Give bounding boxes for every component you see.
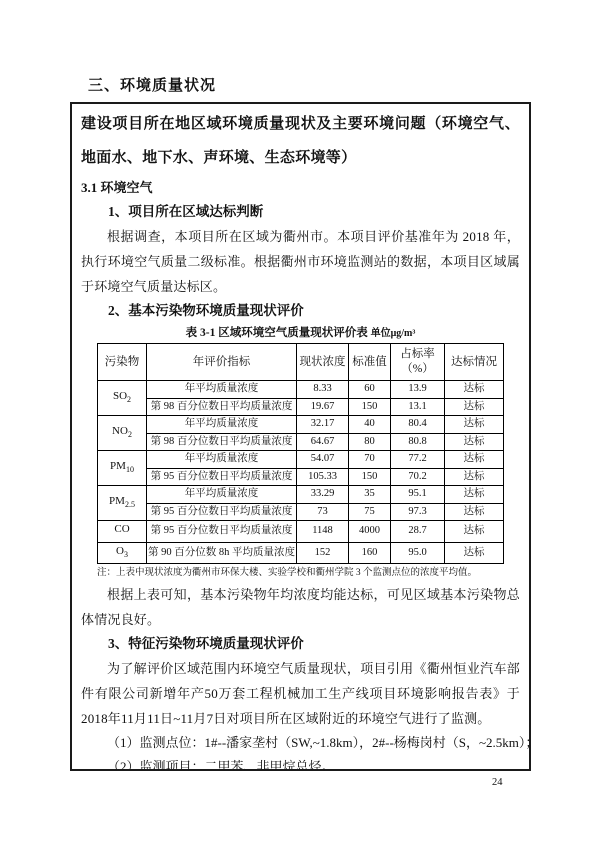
value-cell: 32.17 bbox=[297, 416, 349, 434]
after-table-paragraph: 根据上表可知，基本污染物年均浓度均能达标，可见区域基本污染物总体情况良好。 bbox=[81, 582, 520, 632]
value-cell: 64.67 bbox=[297, 433, 349, 451]
pollutant-base: PM bbox=[109, 495, 125, 507]
table-row: 第 98 百分位数日平均质量浓度 19.67 150 13.1 达标 bbox=[98, 398, 504, 416]
ratio-cell: 95.0 bbox=[391, 542, 445, 564]
pollutant-cell: CO bbox=[98, 521, 147, 543]
subsection-3-paragraph: 为了解评价区域范围内环境空气质量现状，项目引用《衢州恒业汽车部件有限公司新增年产… bbox=[81, 656, 520, 731]
ratio-cell: 28.7 bbox=[391, 521, 445, 543]
table-title: 表 3-1 区域环境空气质量现状评价表 单位μg/m³ bbox=[81, 325, 520, 342]
table-note: 注：上表中现状浓度为衢州市环保大楼、实验学校和衢州学院 3 个监测点位的浓度平均… bbox=[97, 566, 520, 580]
indicator-cell: 年平均质量浓度 bbox=[147, 381, 297, 399]
table-row: 第 98 百分位数日平均质量浓度 64.67 80 80.8 达标 bbox=[98, 433, 504, 451]
standard-cell: 35 bbox=[349, 486, 391, 504]
ratio-cell: 80.4 bbox=[391, 416, 445, 434]
standard-cell: 70 bbox=[349, 451, 391, 469]
subsection-2-title: 2、基本污染物环境质量现状评价 bbox=[81, 299, 520, 323]
table-row: CO 第 95 百分位数日平均质量浓度 1148 4000 28.7 达标 bbox=[98, 521, 504, 543]
status-cell: 达标 bbox=[445, 381, 504, 399]
status-cell: 达标 bbox=[445, 503, 504, 521]
indicator-cell: 第 98 百分位数日平均质量浓度 bbox=[147, 398, 297, 416]
indicator-cell: 年平均质量浓度 bbox=[147, 416, 297, 434]
status-cell: 达标 bbox=[445, 521, 504, 543]
table-row: 第 95 百分位数日平均质量浓度 105.33 150 70.2 达标 bbox=[98, 468, 504, 486]
table-row: NO2 年平均质量浓度 32.17 40 80.4 达标 bbox=[98, 416, 504, 434]
table-unit-label: 单位μg/m³ bbox=[371, 328, 416, 339]
document-page: 三、环境质量状况 建设项目所在地区域环境质量现状及主要环境问题（环境空气、地面水… bbox=[0, 0, 595, 841]
pollutant-cell: NO2 bbox=[98, 416, 147, 451]
table-header-row: 污染物 年评价指标 现状浓度 标准值 占标率（%） 达标情况 bbox=[98, 344, 504, 381]
value-cell: 8.33 bbox=[297, 381, 349, 399]
pollutant-sub: 2 bbox=[128, 430, 132, 439]
ratio-cell: 13.1 bbox=[391, 398, 445, 416]
ratio-cell: 77.2 bbox=[391, 451, 445, 469]
pollutant-base: O bbox=[116, 545, 124, 557]
pollutant-base: PM bbox=[110, 460, 126, 472]
content-box: 建设项目所在地区域环境质量现状及主要环境问题（环境空气、地面水、地下水、声环境、… bbox=[70, 102, 531, 771]
status-cell: 达标 bbox=[445, 486, 504, 504]
subsection-1-title: 1、项目所在区域达标判断 bbox=[81, 200, 520, 224]
header-ratio: 占标率（%） bbox=[391, 344, 445, 381]
indicator-cell: 第 90 百分位数 8h 平均质量浓度 bbox=[147, 542, 297, 564]
table-row: 第 95 百分位数日平均质量浓度 73 75 97.3 达标 bbox=[98, 503, 504, 521]
value-cell: 19.67 bbox=[297, 398, 349, 416]
value-cell: 54.07 bbox=[297, 451, 349, 469]
ratio-cell: 95.1 bbox=[391, 486, 445, 504]
status-cell: 达标 bbox=[445, 468, 504, 486]
standard-cell: 160 bbox=[349, 542, 391, 564]
value-cell: 1148 bbox=[297, 521, 349, 543]
standard-cell: 40 bbox=[349, 416, 391, 434]
standard-cell: 4000 bbox=[349, 521, 391, 543]
standard-cell: 80 bbox=[349, 433, 391, 451]
ratio-cell: 13.9 bbox=[391, 381, 445, 399]
status-cell: 达标 bbox=[445, 416, 504, 434]
box-heading: 建设项目所在地区域环境质量现状及主要环境问题（环境空气、地面水、地下水、声环境、… bbox=[81, 107, 520, 175]
ratio-cell: 80.8 bbox=[391, 433, 445, 451]
header-standard: 标准值 bbox=[349, 344, 391, 381]
standard-cell: 150 bbox=[349, 398, 391, 416]
pollutant-sub: 2.5 bbox=[125, 500, 135, 509]
status-cell: 达标 bbox=[445, 398, 504, 416]
ratio-cell: 97.3 bbox=[391, 503, 445, 521]
header-value: 现状浓度 bbox=[297, 344, 349, 381]
subsection-1-paragraph: 根据调查，本项目所在区域为衢州市。本项目评价基准年为 2018 年，执行环境空气… bbox=[81, 224, 520, 299]
indicator-cell: 第 95 百分位数日平均质量浓度 bbox=[147, 503, 297, 521]
standard-cell: 150 bbox=[349, 468, 391, 486]
status-cell: 达标 bbox=[445, 542, 504, 564]
table-row: O3 第 90 百分位数 8h 平均质量浓度 152 160 95.0 达标 bbox=[98, 542, 504, 564]
header-status: 达标情况 bbox=[445, 344, 504, 381]
pollutant-base: NO bbox=[112, 425, 128, 437]
pollutant-cell: PM2.5 bbox=[98, 486, 147, 521]
table-title-text: 表 3-1 区域环境空气质量现状评价表 bbox=[186, 327, 368, 339]
table-row: SO2 年平均质量浓度 8.33 60 13.9 达标 bbox=[98, 381, 504, 399]
pollutant-base: CO bbox=[114, 523, 129, 535]
pollutant-base: SO bbox=[113, 390, 127, 402]
indicator-cell: 第 95 百分位数日平均质量浓度 bbox=[147, 468, 297, 486]
indicator-cell: 第 98 百分位数日平均质量浓度 bbox=[147, 433, 297, 451]
indicator-cell: 年平均质量浓度 bbox=[147, 486, 297, 504]
value-cell: 73 bbox=[297, 503, 349, 521]
monitor-item-1: （1）监测点位：1#--潘家垄村（SW,~1.8km），2#--杨梅岗村（S，~… bbox=[81, 731, 520, 755]
value-cell: 152 bbox=[297, 542, 349, 564]
value-cell: 33.29 bbox=[297, 486, 349, 504]
pollutant-cell: O3 bbox=[98, 542, 147, 564]
table-row: PM2.5 年平均质量浓度 33.29 35 95.1 达标 bbox=[98, 486, 504, 504]
status-cell: 达标 bbox=[445, 451, 504, 469]
pollutant-cell: PM10 bbox=[98, 451, 147, 486]
standard-cell: 60 bbox=[349, 381, 391, 399]
status-cell: 达标 bbox=[445, 433, 504, 451]
header-pollutant: 污染物 bbox=[98, 344, 147, 381]
standard-cell: 75 bbox=[349, 503, 391, 521]
table-row: PM10 年平均质量浓度 54.07 70 77.2 达标 bbox=[98, 451, 504, 469]
air-quality-table: 污染物 年评价指标 现状浓度 标准值 占标率（%） 达标情况 SO2 年平均质量… bbox=[97, 343, 504, 564]
value-cell: 105.33 bbox=[297, 468, 349, 486]
page-title: 三、环境质量状况 bbox=[88, 74, 216, 95]
subsection-3-title: 3、特征污染物环境质量现状评价 bbox=[81, 632, 520, 656]
indicator-cell: 年平均质量浓度 bbox=[147, 451, 297, 469]
section-3-1-title: 3.1 环境空气 bbox=[81, 176, 520, 200]
monitor-item-2: （2）监测项目：二甲苯、非甲烷总烃。 bbox=[81, 755, 520, 771]
pollutant-sub: 10 bbox=[126, 465, 134, 474]
header-indicator: 年评价指标 bbox=[147, 344, 297, 381]
page-number: 24 bbox=[492, 777, 503, 788]
pollutant-sub: 3 bbox=[124, 550, 128, 559]
pollutant-cell: SO2 bbox=[98, 381, 147, 416]
indicator-cell: 第 95 百分位数日平均质量浓度 bbox=[147, 521, 297, 543]
pollutant-sub: 2 bbox=[127, 395, 131, 404]
ratio-cell: 70.2 bbox=[391, 468, 445, 486]
